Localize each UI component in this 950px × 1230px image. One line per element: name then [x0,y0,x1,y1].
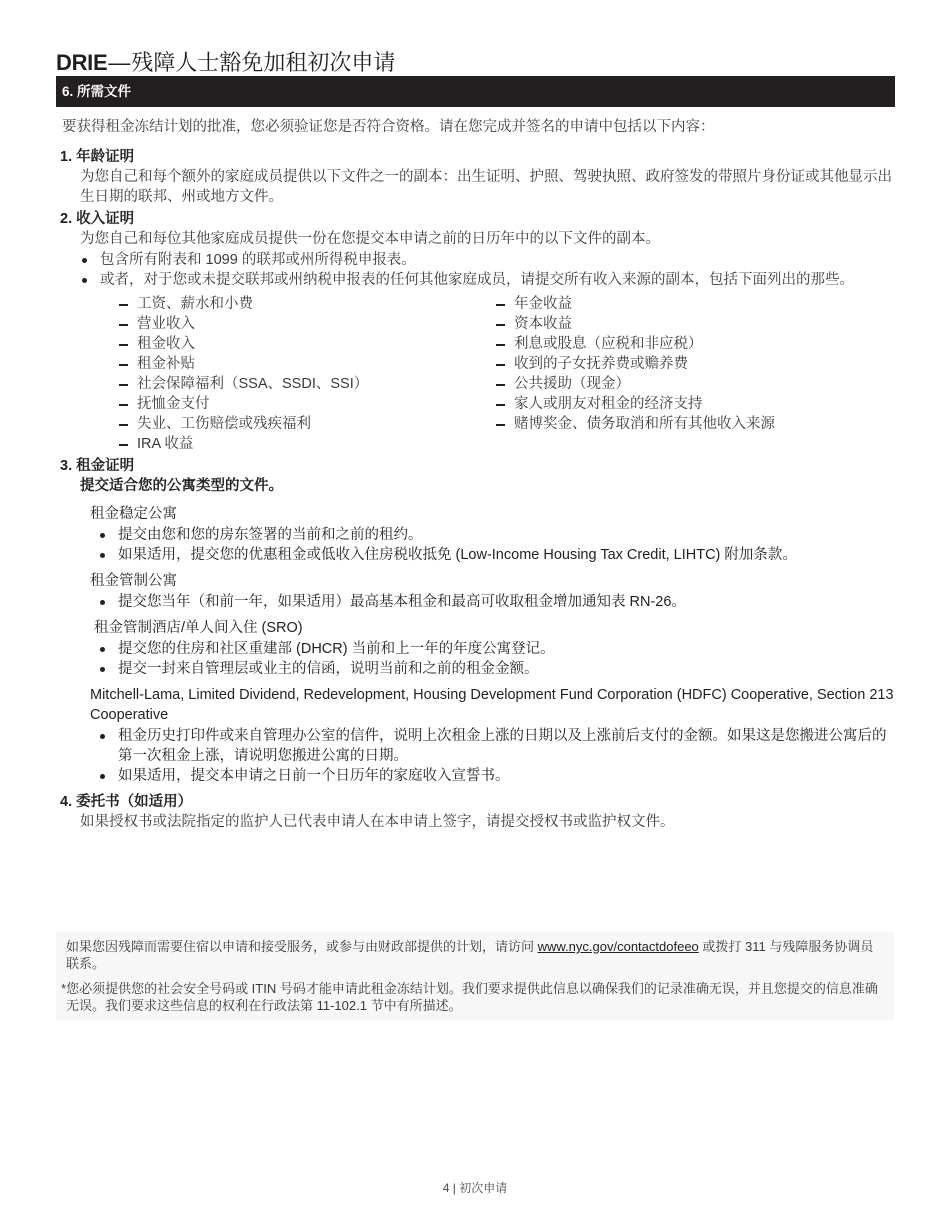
income-source-item: 年金收益 [495,294,872,314]
form-title: 残障人士豁免加租初次申请 [131,50,395,75]
requirement-heading: 3. 租金证明 [60,456,895,476]
income-source-item: 失业、工伤赔偿或残疾福利 [118,414,495,434]
ssn-notice-text: 您必须提供您的社会安全号码或 ITIN 号码才能申请此租金冻结计划。我们要求提供… [66,981,878,1013]
income-source-item: IRA 收益 [118,434,495,454]
apartment-type-bullets: 租金历史打印件或来自管理办公室的信件，说明上次租金上涨的日期以及上涨前后支付的金… [90,726,895,786]
bullet-item: 提交一封来自管理层或业主的信函，说明当前和之前的租金金额。 [98,659,895,679]
bullet-item: 如果适用，提交您的优惠租金或低收入住房税收抵免 (Low-Income Hous… [98,545,895,565]
requirement-income-proof: 2. 收入证明 为您自己和每位其他家庭成员提供一份在您提交本申请之前的日历年中的… [62,209,895,454]
income-source-item: 营业收入 [118,314,495,334]
income-source-item: 公共援助（现金） [495,374,872,394]
apartment-type-rent-controlled: 租金管制公寓 提交您当年（和前一年，如果适用）最高基本租金和最高可收取租金增加通… [62,571,895,612]
intro-text: 要获得租金冻结计划的批准，您必须验证您是否符合资格。请在您完成并签名的申请中包括… [62,117,895,137]
apartment-type-title: Mitchell-Lama, Limited Dividend, Redevel… [90,685,895,725]
apartment-type-bullets: 提交您的住房和社区重建部 (DHCR) 当前和上一年的年度公寓登记。 提交一封来… [94,639,895,679]
income-source-item: 抚恤金支付 [118,394,495,414]
income-bullets: 包含所有附表和 1099 的联邦或州所得税申报表。 或者，对于您或未提交联邦或州… [62,250,895,290]
bullet-item: 包含所有附表和 1099 的联邦或州所得税申报表。 [80,250,895,270]
footnote-box: 如果您因残障而需要住宿以申请和接受服务，或参与由财政部提供的计划，请访问 www… [56,932,894,1020]
ssn-notice: *您必须提供您的社会安全号码或 ITIN 号码才能申请此租金冻结计划。我们要求提… [66,980,884,1014]
apartment-type-sro: 租金管制酒店/单人间入住 (SRO) 提交您的住房和社区重建部 (DHCR) 当… [62,618,895,679]
requirement-power-of-attorney: 4. 委托书（如适用） 如果授权书或法院指定的监护人已代表申请人在本申请上签字，… [62,792,895,832]
title-separator: — [108,50,130,75]
apartment-type-title: 租金管制公寓 [90,571,895,591]
apartment-type-title: 租金管制酒店/单人间入住 (SRO) [94,618,895,638]
income-source-item: 资本收益 [495,314,872,334]
income-source-item: 租金收入 [118,334,495,354]
income-source-item: 租金补贴 [118,354,495,374]
page-number: 4 | 初次申请 [0,1178,950,1198]
bullet-item: 提交由您和您的房东签署的当前和之前的租约。 [98,525,895,545]
accommodation-text: 如果您因残障而需要住宿以申请和接受服务，或参与由财政部提供的计划，请访问 [66,939,538,954]
apartment-type-bullets: 提交由您和您的房东签署的当前和之前的租约。 如果适用，提交您的优惠租金或低收入住… [90,525,895,565]
requirement-description: 为您自己和每个额外的家庭成员提供以下文件之一的副本：出生证明、护照、驾驶执照、政… [62,167,895,207]
bullet-item: 或者，对于您或未提交联邦或州纳税申报表的任何其他家庭成员，请提交所有收入来源的副… [80,270,895,290]
income-source-item: 家人或朋友对租金的经济支持 [495,394,872,414]
apartment-type-mitchell-lama: Mitchell-Lama, Limited Dividend, Redevel… [62,685,895,786]
income-source-item: 收到的子女抚养费或赡养费 [495,354,872,374]
accommodation-notice: 如果您因残障而需要住宿以申请和接受服务，或参与由财政部提供的计划，请访问 www… [66,938,884,972]
apartment-type-bullets: 提交您当年（和前一年，如果适用）最高基本租金和最高可收取租金增加通知表 RN-2… [90,592,895,612]
apartment-type-rent-stabilized: 租金稳定公寓 提交由您和您的房东签署的当前和之前的租约。 如果适用，提交您的优惠… [62,504,895,565]
income-source-item: 社会保障福利（SSA、SSDI、SSI） [118,374,495,394]
requirement-heading: 2. 收入证明 [60,209,895,229]
bullet-item: 提交您的住房和社区重建部 (DHCR) 当前和上一年的年度公寓登记。 [98,639,895,659]
requirement-age-proof: 1. 年龄证明 为您自己和每个额外的家庭成员提供以下文件之一的副本：出生证明、护… [62,147,895,207]
income-source-item: 利息或股息（应税和非应税） [495,334,872,354]
section-header: 6. 所需文件 [56,76,895,107]
bullet-item: 如果适用，提交本申请之日前一个日历年的家庭收入宣誓书。 [98,766,895,786]
contact-eeo-link[interactable]: www.nyc.gov/contactdofeeo [538,939,699,954]
income-sources-right-column: 年金收益 资本收益 利息或股息（应税和非应税） 收到的子女抚养费或赡养费 公共援… [495,294,872,454]
bullet-item: 提交您当年（和前一年，如果适用）最高基本租金和最高可收取租金增加通知表 RN-2… [98,592,895,612]
bullet-item: 租金历史打印件或来自管理办公室的信件，说明上次租金上涨的日期以及上涨前后支付的金… [98,726,895,766]
income-source-item: 工资、薪水和小费 [118,294,495,314]
document-body: 要获得租金冻结计划的批准，您必须验证您是否符合资格。请在您完成并签名的申请中包括… [62,117,895,834]
program-acronym: DRIE [56,50,107,75]
requirement-description: 为您自己和每位其他家庭成员提供一份在您提交本申请之前的日历年中的以下文件的副本。 [62,229,895,249]
requirement-rent-proof: 3. 租金证明 提交适合您的公寓类型的文件。 租金稳定公寓 提交由您和您的房东签… [62,456,895,786]
income-sources-left-column: 工资、薪水和小费 营业收入 租金收入 租金补贴 社会保障福利（SSA、SSDI、… [118,294,495,454]
requirement-heading: 4. 委托书（如适用） [60,792,895,812]
requirement-subheading: 提交适合您的公寓类型的文件。 [62,476,895,496]
requirement-heading: 1. 年龄证明 [60,147,895,167]
page-title: DRIE—残障人士豁免加租初次申请 [56,49,395,77]
requirement-description: 如果授权书或法院指定的监护人已代表申请人在本申请上签字，请提交授权书或监护权文件… [62,812,895,832]
income-source-item: 赌博奖金、债务取消和所有其他收入来源 [495,414,872,434]
income-sources-list: 工资、薪水和小费 营业收入 租金收入 租金补贴 社会保障福利（SSA、SSDI、… [62,294,895,454]
apartment-type-title: 租金稳定公寓 [90,504,895,524]
